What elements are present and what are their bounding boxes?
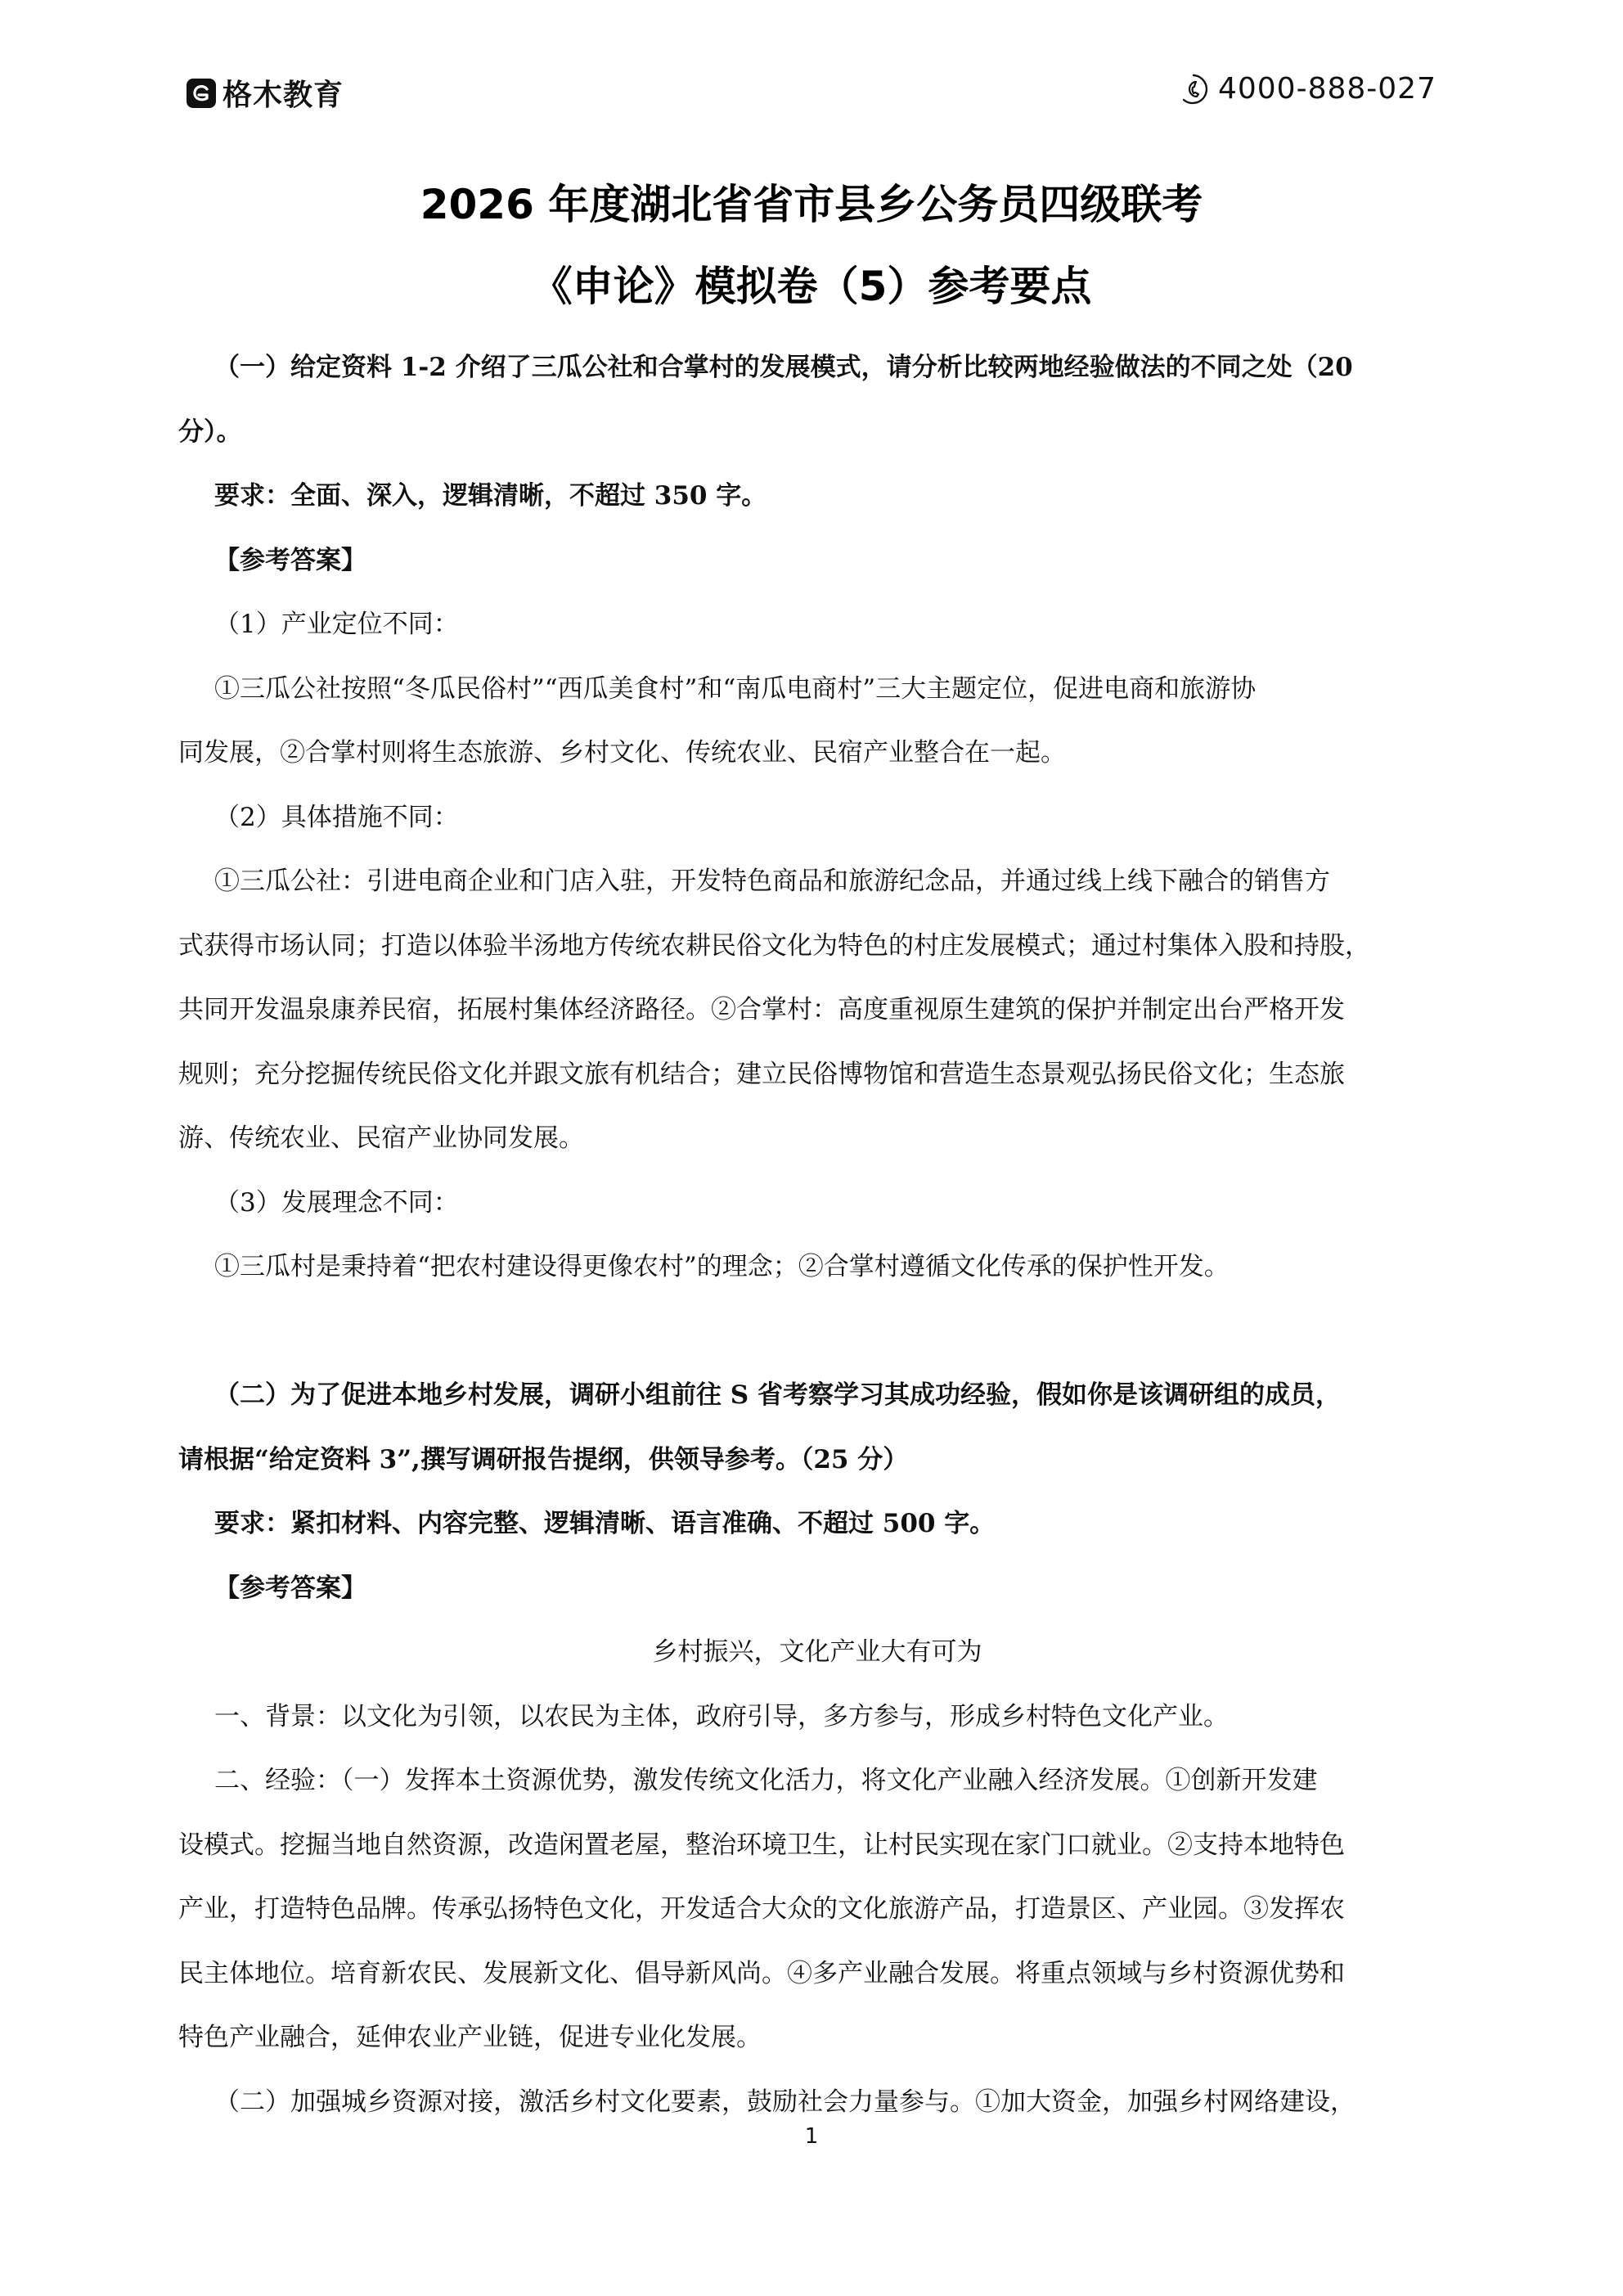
brand-name: 格木教育	[223, 72, 344, 114]
question-1-prompt: （一）给定资料 1-2 介绍了三瓜公社和合掌村的发展模式，请分析比较两地经验做法…	[178, 335, 1456, 400]
answer-paragraph: 特色产业融合，延伸农业产业链，促进专业化发展。	[178, 2006, 1456, 2070]
answer-paragraph: 游、传统农业、民宿产业协同发展。	[178, 1106, 1456, 1171]
brand-logo: 格木教育	[187, 72, 344, 114]
question-1-answer-label: 【参考答案】	[178, 529, 1456, 593]
answer-heading: （3）发展理念不同：	[178, 1171, 1456, 1236]
page-header: 格木教育 4000-888-027	[187, 72, 1436, 113]
answer-paragraph: ①三瓜公社：引进电商企业和门店入驻，开发特色商品和旅游纪念品，并通过线上线下融合…	[178, 849, 1456, 914]
question-2-prompt: （二）为了促进本地乡村发展，调研小组前往 S 省考察学习其成功经验，假如你是该调…	[178, 1363, 1456, 1428]
question-1-prompt-cont: 分）。	[178, 400, 1456, 465]
answer-paragraph: 规则；充分挖掘传统民俗文化并跟文旅有机结合；建立民俗博物馆和营造生态景观弘扬民俗…	[178, 1042, 1456, 1107]
answer-paragraph: 共同开发温泉康养民宿，拓展村集体经济路径。②合掌村：高度重视原生建筑的保护并制定…	[178, 978, 1456, 1042]
document-title: 2026 年度湖北省省市县乡公务员四级联考	[0, 172, 1623, 231]
answer-heading: （1）产业定位不同：	[178, 592, 1456, 657]
question-1-requirement: 要求：全面、深入，逻辑清晰，不超过 350 字。	[178, 464, 1456, 529]
answer-paragraph: 式获得市场认同；打造以体验半汤地方传统农耕民俗文化为特色的村庄发展模式；通过村集…	[178, 914, 1456, 979]
document-subtitle: 《申论》模拟卷（5）参考要点	[0, 254, 1623, 313]
answer-paragraph: ①三瓜村是秉持着“把农村建设得更像农村”的理念；②合掌村遵循文化传承的保护性开发…	[178, 1235, 1456, 1299]
answer-paragraph: 一、背景：以文化为引领，以农民为主体，政府引导，多方参与，形成乡村特色文化产业。	[178, 1685, 1456, 1749]
hotline-number: 4000-888-027	[1218, 72, 1436, 106]
section-spacer	[178, 1299, 1456, 1364]
document-body: （一）给定资料 1-2 介绍了三瓜公社和合掌村的发展模式，请分析比较两地经验做法…	[178, 335, 1456, 2134]
question-2-prompt-cont: 请根据“给定资料 3”,撰写调研报告提纲，供领导参考。（25 分）	[178, 1428, 1456, 1492]
page-number: 1	[0, 2124, 1623, 2149]
question-2-requirement: 要求：紧扣材料、内容完整、逻辑清晰、语言准确、不超过 500 字。	[178, 1492, 1456, 1556]
answer-paragraph: 设模式。挖掘当地自然资源，改造闲置老屋，整治环境卫生，让村民实现在家门口就业。②…	[178, 1813, 1456, 1878]
answer-paragraph: 产业，打造特色品牌。传承弘扬特色文化，开发适合大众的文化旅游产品，打造景区、产业…	[178, 1877, 1456, 1942]
answer-title: 乡村振兴，文化产业大有可为	[178, 1620, 1456, 1685]
answer-paragraph: 民主体地位。培育新农民、发展新文化、倡导新风尚。④多产业融合发展。将重点领域与乡…	[178, 1942, 1456, 2006]
question-2-answer-label: 【参考答案】	[178, 1556, 1456, 1621]
answer-paragraph: ①三瓜公社按照“冬瓜民俗村”“西瓜美食村”和“南瓜电商村”三大主题定位，促进电商…	[178, 657, 1456, 722]
answer-heading: （2）具体措施不同：	[178, 786, 1456, 850]
e-logo-icon	[187, 79, 216, 108]
answer-paragraph: 同发展，②合掌村则将生态旅游、乡村文化、传统农业、民宿产业整合在一起。	[178, 721, 1456, 786]
phone-icon	[1177, 73, 1210, 106]
hotline: 4000-888-027	[1177, 72, 1436, 106]
answer-paragraph: 二、经验：（一）发挥本土资源优势，激发传统文化活力，将文化产业融入经济发展。①创…	[178, 1749, 1456, 1813]
